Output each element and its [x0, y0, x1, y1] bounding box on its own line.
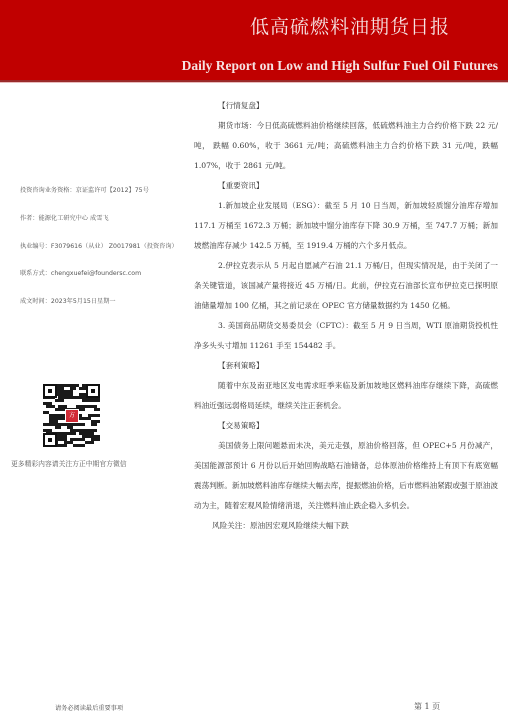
disclaimer-notice: 请务必阅读最后重要事项 [55, 703, 123, 712]
section-heading: 【行情复盘】 [194, 96, 498, 116]
contact-text[interactable]: 联系方式：chengxuefei@foundersc.com [20, 268, 141, 277]
page-number: 第 1 页 [414, 701, 440, 712]
author-text: 作者：能源化工研究中心 成雪飞 [20, 213, 109, 222]
date-text: 成文时间：2023年5月15日星期一 [20, 296, 116, 305]
qr-finder-icon [43, 433, 57, 447]
section-arbitrage-strategy: 【套利策略】 随着中东及南亚地区发电需求旺季来临及新加坡地区燃料油库存继续下降，… [194, 356, 498, 416]
paragraph: 3. 美国商品期货交易委员会（CFTC）：截至 5 月 9 日当周，WTI 原油… [194, 316, 498, 356]
company-logo-icon: 方 [65, 409, 79, 423]
section-heading: 【交易策略】 [194, 416, 498, 436]
section-trading-strategy: 【交易策略】 美国债务上限问题悬而未决，美元走强，原油价格回落，但 OPEC+5… [194, 416, 498, 536]
qr-caption: 更多精彩内容请关注方正中期官方微信 [11, 458, 127, 468]
qr-finder-icon [86, 384, 100, 398]
section-heading: 【套利策略】 [194, 356, 498, 376]
paragraph: 随着中东及南亚地区发电需求旺季来临及新加坡地区燃料油库存继续下降，高硫燃料油近强… [194, 376, 498, 416]
section-market-review: 【行情复盘】 期货市场：今日低高硫燃料油价格继续回落，低硫燃料油主力合约价格下跌… [194, 96, 498, 176]
risk-note: 风险关注：原油因宏观风险继续大幅下跌 [194, 516, 498, 536]
section-heading: 【重要资讯】 [194, 176, 498, 196]
license-text: 执业编号：F3079616（从业） Z0017981（投资咨询） [20, 241, 178, 250]
report-title-cn: 低高硫燃料油期货日报 [250, 12, 450, 39]
report-title-en: Daily Report on Low and High Sulfur Fuel… [182, 58, 498, 74]
section-key-news: 【重要资讯】 1.新加坡企业发展局（ESG）：截至 5 月 10 日当周，新加坡… [194, 176, 498, 356]
paragraph: 期货市场：今日低高硫燃料油价格继续回落，低硫燃料油主力合约价格下跌 22 元/吨… [194, 116, 498, 176]
paragraph: 1.新加坡企业发展局（ESG）：截至 5 月 10 日当周，新加坡轻质馏分油库存… [194, 196, 498, 256]
qualification-text: 投资咨询业务资格：京证监许可【2012】75号 [20, 185, 149, 194]
sidebar: 投资咨询业务资格：京证监许可【2012】75号 作者：能源化工研究中心 成雪飞 … [0, 0, 175, 720]
paragraph: 美国债务上限问题悬而未决，美元走强，原油价格回落，但 OPEC+5 月份减产，美… [194, 436, 498, 516]
paragraph: 2.伊拉克表示从 5 月起自愿减产石油 21.1 万桶/日，但现实情况是，由于关… [194, 256, 498, 316]
wechat-qr-code: 方 [43, 384, 100, 447]
report-body: 【行情复盘】 期货市场：今日低高硫燃料油价格继续回落，低硫燃料油主力合约价格下跌… [194, 96, 498, 536]
qr-finder-icon [43, 384, 57, 398]
